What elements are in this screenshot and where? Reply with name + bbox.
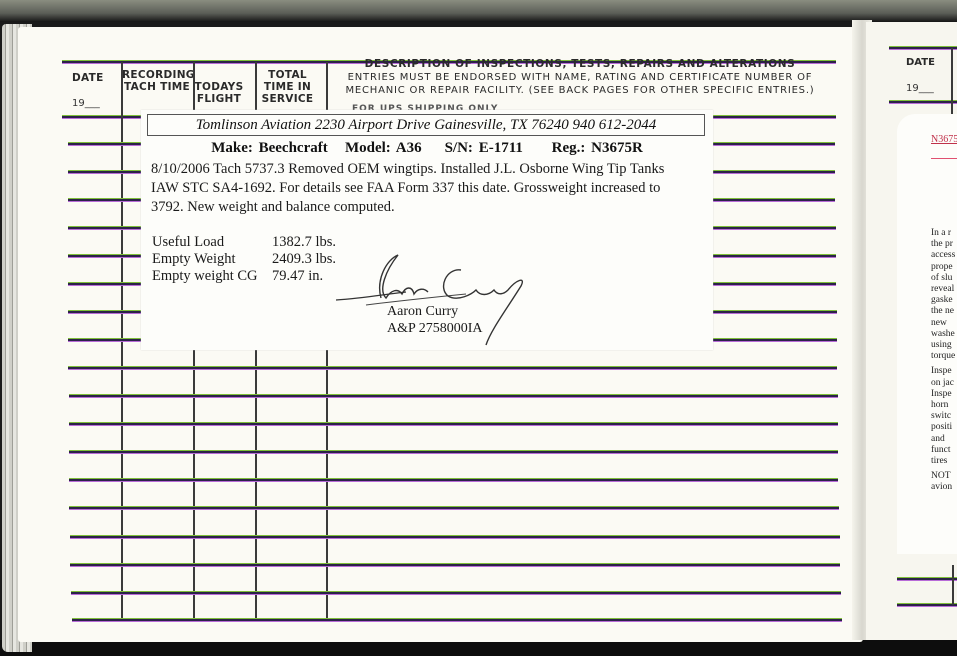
right-header-top-rule [889, 47, 957, 49]
scan-bottom-edge [0, 640, 957, 656]
right-paragraph-3: NOT avion [931, 471, 957, 493]
right-paragraph-2: Inspe on jac Inspe horn switc positi and… [931, 366, 957, 467]
wb-row-empty-weight: Empty Weight 2409.3 lbs. [152, 251, 336, 268]
wb-value: 1382.7 lbs. [272, 234, 336, 251]
column-divider-date [121, 62, 123, 622]
aircraft-identification: Make: Beechcraft Model: A36 S/N: E-1711 … [141, 140, 713, 157]
table-row-line [69, 395, 838, 397]
header-todays-flight: TODAYS FLIGHT [194, 81, 244, 105]
header-date: DATE [62, 72, 122, 84]
table-row-line [69, 507, 839, 509]
maintenance-entry-sticker: Tomlinson Aviation 2230 Airport Drive Ga… [141, 110, 713, 350]
mechanic-credentials: Aaron Curry A&P 2758000IA [387, 303, 483, 337]
right-entry-text: In a r the pr access prope of slu reveal… [931, 228, 957, 498]
right-registration: N3675 [931, 134, 957, 145]
right-column-divider-bottom [952, 565, 954, 605]
table-row-line [69, 479, 838, 481]
serial-value: E-1711 [479, 140, 523, 156]
make-label: Make: [211, 140, 253, 156]
registration-value: N3675R [591, 140, 643, 156]
mechanic-name: Aaron Curry [387, 303, 483, 320]
wb-row-empty-weight-cg: Empty weight CG 79.47 in. [152, 268, 336, 285]
header-description-subtitle: ENTRIES MUST BE ENDORSED WITH NAME, RATI… [330, 71, 830, 97]
entry-description: 8/10/2006 Tach 5737.3 Removed OEM wingti… [151, 160, 691, 217]
right-row-line [897, 578, 957, 580]
right-red-rule [931, 158, 957, 159]
make-value: Beechcraft [259, 140, 328, 156]
right-header-date-year: 19___ [906, 83, 934, 94]
scan-top-edge [0, 0, 957, 22]
right-header-bottom-rule [889, 101, 957, 103]
header-total-time-in-service: TOTAL TIME IN SERVICE [260, 69, 315, 105]
header-recording-tach-time: RECORDING TACH TIME [122, 69, 192, 93]
table-row-line [70, 564, 840, 566]
weight-and-balance: Useful Load 1382.7 lbs. Empty Weight 240… [152, 234, 336, 285]
table-row-line [70, 536, 840, 538]
wb-value: 79.47 in. [272, 268, 323, 285]
header-description-title: DESCRIPTION OF INSPECTIONS, TESTS, REPAI… [330, 58, 830, 70]
registration-label: Reg.: [552, 140, 586, 156]
wb-label: Empty Weight [152, 251, 272, 268]
wb-label: Empty weight CG [152, 268, 272, 285]
model-value: A36 [396, 140, 422, 156]
table-row-line [69, 451, 838, 453]
shop-address: Tomlinson Aviation 2230 Airport Drive Ga… [147, 114, 705, 136]
right-paragraph-1: In a r the pr access prope of slu reveal… [931, 228, 957, 362]
header-date-year: 19___ [72, 98, 100, 109]
table-row-line [68, 367, 837, 369]
right-column-divider [951, 48, 953, 118]
right-row-line [897, 604, 957, 606]
table-row-line [71, 592, 841, 594]
table-row-line [69, 423, 838, 425]
model-label: Model: [345, 140, 391, 156]
right-header-date: DATE [906, 57, 935, 68]
serial-label: S/N: [445, 140, 473, 156]
table-row-line [72, 619, 842, 621]
mechanic-certificate: A&P 2758000IA [387, 320, 483, 337]
wb-row-useful-load: Useful Load 1382.7 lbs. [152, 234, 336, 251]
wb-label: Useful Load [152, 234, 272, 251]
